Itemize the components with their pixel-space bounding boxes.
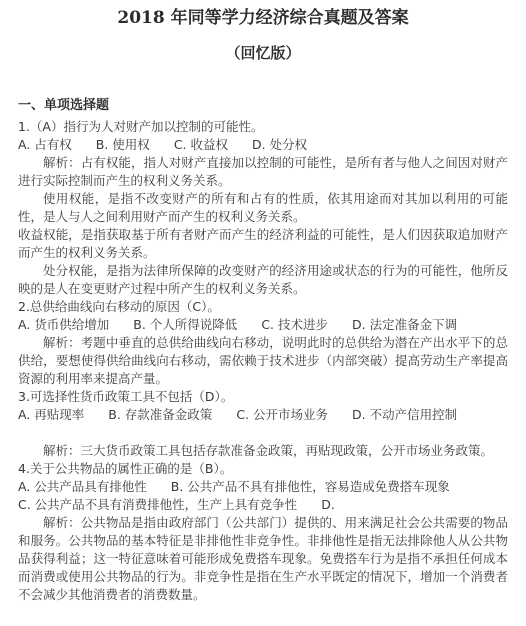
document-subtitle: （回忆版） [18, 44, 508, 62]
questions-container: 1.（A）指行为人对财产加以控制的可能性。A. 占有权B. 使用权C. 收益权D… [18, 118, 508, 604]
option-item: D. [321, 496, 335, 514]
question-stem: 1.（A）指行为人对财产加以控制的可能性。 [18, 118, 508, 136]
option-item: B. 公共产品不具有排他性，容易造成免费搭车现象 [171, 478, 450, 496]
options-row: A. 占有权B. 使用权C. 收益权D. 处分权 [18, 136, 508, 154]
question-block: 1.（A）指行为人对财产加以控制的可能性。A. 占有权B. 使用权C. 收益权D… [18, 118, 508, 298]
document-page: 2018 年同等学力经济综合真题及答案 （回忆版） 一、单项选择题 1.（A）指… [0, 0, 526, 626]
explanation-paragraph: 使用权能，是指不改变财产的所有和占有的性质，依其用途而对其加以利用的可能性，是人… [18, 190, 508, 226]
option-item: C. 收益权 [174, 136, 228, 154]
option-item: B. 使用权 [96, 136, 150, 154]
explanation-paragraph: 解析：三大货币政策工具包括存款准备金政策，再贴现政策，公开市场业务政策。 [18, 442, 508, 460]
option-item: A. 再贴现率 [18, 406, 84, 424]
option-item: B. 存款准备金政策 [108, 406, 212, 424]
option-item: D. 处分权 [252, 136, 307, 154]
option-item: D. 不动产信用控制 [352, 406, 457, 424]
question-block: 2.总供给曲线向右移动的原因（C）。A. 货币供给增加B. 个人所得说降低C. … [18, 298, 508, 388]
question-block: 4.关于公共物品的属性正确的是（B）。A. 公共产品具有排他性B. 公共产品不具… [18, 460, 508, 604]
explanation-paragraph: 解析：考题中垂直的总供给曲线向右移动，说明此时的总供给为潜在产出水平下的总供给，… [18, 334, 508, 388]
options-row: A. 公共产品具有排他性B. 公共产品不具有排他性，容易造成免费搭车现象 [18, 478, 508, 496]
option-item: C. 公共产品不具有消费排他性，生产上具有竞争性 [18, 496, 297, 514]
question-stem: 3.可选择性货币政策工具不包括（D）。 [18, 388, 508, 406]
options-row: A. 货币供给增加B. 个人所得说降低C. 技术进步D. 法定准备金下调 [18, 316, 508, 334]
option-item: B. 个人所得说降低 [133, 316, 237, 334]
explanation-paragraph: 解析：公共物品是指由政府部门（公共部门）提供的、用来满足社会公共需要的物品和服务… [18, 514, 508, 604]
explanation-paragraph: 处分权能，是指为法律所保障的改变财产的经济用途或状态的行为的可能性，他所反映的是… [18, 262, 508, 298]
blank-line [18, 424, 508, 442]
options-row: C. 公共产品不具有消费排他性，生产上具有竞争性D. [18, 496, 508, 514]
explanation-paragraph: 收益权能，是指获取基于所有者财产而产生的经济利益的可能性，是人们因获取追加财产而… [18, 226, 508, 262]
explanation-paragraph: 解析：占有权能，指人对财产直接加以控制的可能性，是所有者与他人之间因对财产进行实… [18, 154, 508, 190]
question-stem: 2.总供给曲线向右移动的原因（C）。 [18, 298, 508, 316]
option-item: C. 技术进步 [261, 316, 328, 334]
section-heading: 一、单项选择题 [18, 98, 508, 114]
document-title: 2018 年同等学力经济综合真题及答案 [18, 6, 508, 30]
question-stem: 4.关于公共物品的属性正确的是（B）。 [18, 460, 508, 478]
option-item: A. 占有权 [18, 136, 72, 154]
option-item: A. 公共产品具有排他性 [18, 478, 147, 496]
option-item: D. 法定准备金下调 [352, 316, 457, 334]
question-block: 3.可选择性货币政策工具不包括（D）。A. 再贴现率B. 存款准备金政策C. 公… [18, 388, 508, 460]
option-item: C. 公开市场业务 [236, 406, 328, 424]
options-row: A. 再贴现率B. 存款准备金政策C. 公开市场业务D. 不动产信用控制 [18, 406, 508, 424]
option-item: A. 货币供给增加 [18, 316, 109, 334]
